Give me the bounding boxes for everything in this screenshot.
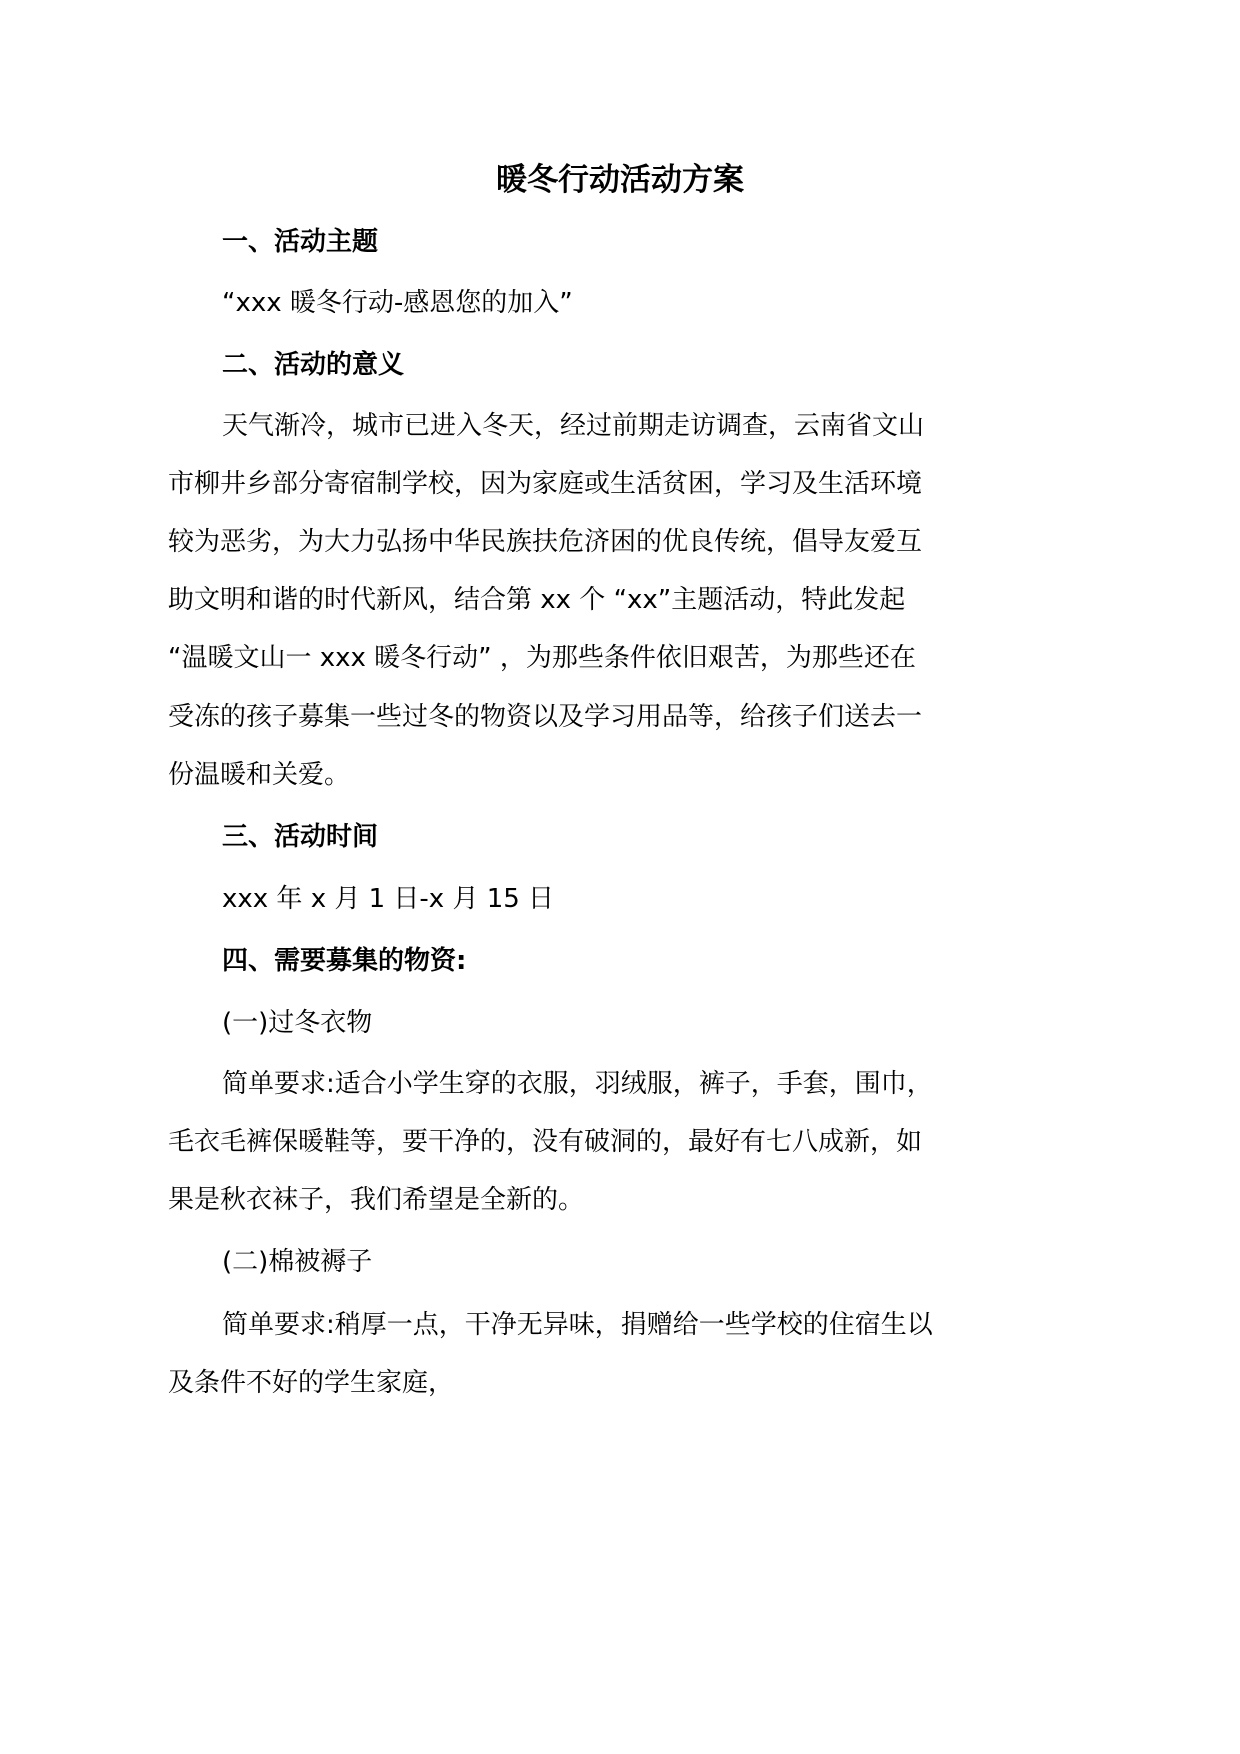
paragraph-line: 及条件不好的学生家庭， — [168, 1363, 1048, 1403]
paragraph-line: 果是秋衣袜子，我们希望是全新的。 — [168, 1180, 1048, 1220]
paragraph-line: 简单要求:稍厚一点，干净无异味，捐赠给一些学校的住宿生以 — [222, 1305, 1102, 1345]
paragraph-line: “温暖文山一 xxx 暖冬行动” ，为那些条件依旧艰苦，为那些还在 — [168, 638, 1048, 678]
subsection-label-clothes: (一)过冬衣物 — [222, 1003, 1102, 1043]
paragraph-line: 简单要求:适合小学生穿的衣服，羽绒服，裤子，手套，围巾， — [222, 1064, 1102, 1104]
section-heading-theme: 一、活动主题 — [222, 222, 1102, 262]
section-heading-significance: 二、活动的意义 — [222, 345, 1102, 385]
paragraph-line: 市柳井乡部分寄宿制学校，因为家庭或生活贫困，学习及生活环境 — [168, 464, 1048, 504]
theme-text: “xxx 暖冬行动-感恩您的加入” — [222, 283, 1102, 323]
paragraph-line: 受冻的孩子募集一些过冬的物资以及学习用品等，给孩子们送去一 — [168, 697, 1048, 737]
paragraph-line: 毛衣毛裤保暖鞋等，要干净的，没有破洞的，最好有七八成新，如 — [168, 1122, 1048, 1162]
section-heading-materials: 四、需要募集的物资: — [222, 941, 1102, 981]
paragraph-line: 份温暖和关爱。 — [168, 755, 1048, 795]
paragraph-line: 助文明和谐的时代新风，结合第 xx 个 “xx”主题活动，特此发起 — [168, 580, 1048, 620]
section-heading-time: 三、活动时间 — [222, 817, 1102, 857]
subsection-label-bedding: (二)棉被褥子 — [222, 1242, 1102, 1282]
document-title: 暖冬行动活动方案 — [0, 158, 1240, 202]
time-text: xxx 年 x 月 1 日-x 月 15 日 — [222, 879, 1102, 919]
paragraph-line: 较为恶劣，为大力弘扬中华民族扶危济困的优良传统，倡导友爱互 — [168, 522, 1048, 562]
document-page: 暖冬行动活动方案 一、活动主题 “xxx 暖冬行动-感恩您的加入” 二、活动的意… — [0, 0, 1240, 1754]
paragraph-line: 天气渐冷，城市已进入冬天，经过前期走访调查，云南省文山 — [222, 406, 1102, 446]
